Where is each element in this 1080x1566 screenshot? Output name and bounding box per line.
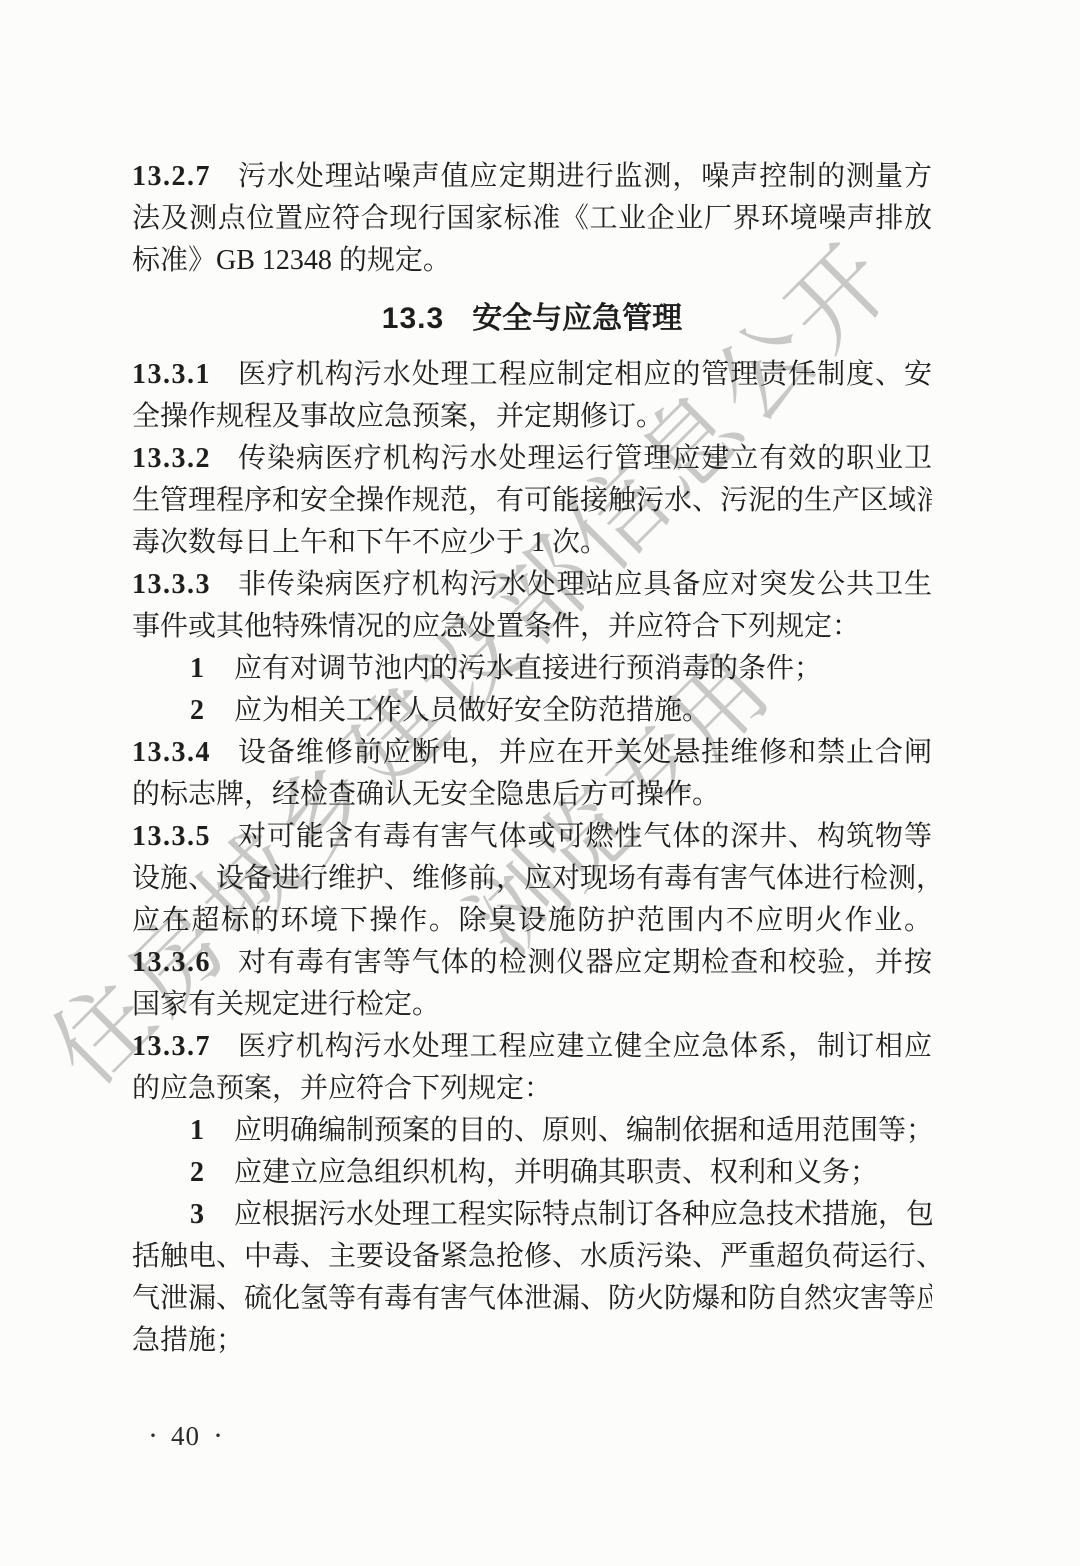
body-text: 应在超标的环境下操作。除臭设施防护范围内不应明火作业。	[132, 905, 932, 936]
clause-line: 13.3.4设备维修前应断电，并应在开关处悬挂维修和禁止合闸	[132, 732, 932, 774]
clause-line: 13.3.7医疗机构污水处理工程应建立健全应急体系，制订相应	[132, 1026, 932, 1068]
clause-number: 13.3.6	[132, 947, 211, 978]
body-text: 急措施；	[132, 1325, 244, 1356]
page-number-value: 40	[171, 1421, 200, 1451]
section-heading: 13.3安全与应急管理	[132, 296, 932, 342]
body-text: 事件或其他特殊情况的应急处置条件，并应符合下列规定：	[132, 611, 860, 642]
body-text: 生管理程序和安全操作规范，有可能接触污水、污泥的生产区域消	[132, 485, 932, 516]
continuation-line: 标准》GB 12348 的规定。	[132, 240, 932, 282]
continuation-line: 国家有关规定进行检定。	[132, 984, 932, 1026]
clause-number: 13.2.7	[132, 161, 211, 192]
continuation-line: 急措施；	[132, 1320, 932, 1362]
list-item-line: 1应明确编制预案的目的、原则、编制依据和适用范围等；	[132, 1110, 932, 1152]
item-text: 应明确编制预案的目的、原则、编制依据和适用范围等；	[234, 1115, 932, 1146]
body-text: 标准》GB 12348 的规定。	[132, 245, 451, 276]
continuation-line: 的应急预案，并应符合下列规定：	[132, 1068, 932, 1110]
item-number: 2	[190, 1157, 204, 1188]
continuation-line: 毒次数每日上午和下午不应少于 1 次。	[132, 522, 932, 564]
body-text: 国家有关规定进行检定。	[132, 989, 440, 1020]
clause-line: 13.2.7污水处理站噪声值应定期进行监测，噪声控制的测量方	[132, 156, 932, 198]
continuation-line: 的标志牌，经检查确认无安全隐患后方可操作。	[132, 774, 932, 816]
clause-line: 13.3.3非传染病医疗机构污水处理站应具备应对突发公共卫生	[132, 564, 932, 606]
item-text: 应有对调节池内的污水直接进行预消毒的条件；	[234, 653, 822, 684]
page-number-right-dot: ·	[213, 1419, 223, 1452]
item-text: 应为相关工作人员做好安全防范措施。	[234, 695, 710, 726]
clause-text: 对可能含有毒有害气体或可燃性气体的深井、构筑物等	[237, 821, 932, 852]
body-text: 法及测点位置应符合现行国家标准《工业企业厂界环境噪声排放	[132, 203, 932, 234]
section-title: 安全与应急管理	[472, 302, 682, 335]
clause-number: 13.3.4	[132, 737, 211, 768]
continuation-line: 括触电、中毒、主要设备紧急抢修、水质污染、严重超负荷运行、氯	[132, 1236, 932, 1278]
body-text: 括触电、中毒、主要设备紧急抢修、水质污染、严重超负荷运行、氯	[132, 1241, 932, 1272]
clause-text: 污水处理站噪声值应定期进行监测，噪声控制的测量方	[237, 161, 932, 192]
page-number-left-dot: ·	[148, 1419, 158, 1452]
clause-text: 非传染病医疗机构污水处理站应具备应对突发公共卫生	[237, 569, 932, 600]
document-page: 住房城乡建设部信息公开 浏览专用 13.2.7污水处理站噪声值应定期进行监测，噪…	[0, 0, 1080, 1566]
clause-line: 13.3.2传染病医疗机构污水处理运行管理应建立有效的职业卫	[132, 438, 932, 480]
item-number: 1	[190, 653, 204, 684]
clause-text: 医疗机构污水处理工程应制定相应的管理责任制度、安	[237, 359, 932, 390]
item-number: 1	[190, 1115, 204, 1146]
clause-number: 13.3.3	[132, 569, 211, 600]
list-item-line: 2应建立应急组织机构，并明确其职责、权利和义务；	[132, 1152, 932, 1194]
body-text: 的应急预案，并应符合下列规定：	[132, 1073, 552, 1104]
clause-text: 医疗机构污水处理工程应建立健全应急体系，制订相应	[237, 1031, 932, 1062]
clause-line: 13.3.5对可能含有毒有害气体或可燃性气体的深井、构筑物等	[132, 816, 932, 858]
list-item-line: 1应有对调节池内的污水直接进行预消毒的条件；	[132, 648, 932, 690]
clause-line: 13.3.6对有毒有害等气体的检测仪器应定期检查和校验，并按	[132, 942, 932, 984]
clause-number: 13.3.2	[132, 443, 211, 474]
item-text: 应建立应急组织机构，并明确其职责、权利和义务；	[234, 1157, 878, 1188]
body-text: 全操作规程及事故应急预案，并定期修订。	[132, 401, 664, 432]
clause-text: 对有毒有害等气体的检测仪器应定期检查和校验，并按	[237, 947, 932, 978]
clause-text: 传染病医疗机构污水处理运行管理应建立有效的职业卫	[237, 443, 932, 474]
continuation-line: 法及测点位置应符合现行国家标准《工业企业厂界环境噪声排放	[132, 198, 932, 240]
body-text: 设施、设备进行维护、维修前，应对现场有毒有害气体进行检测，不	[132, 863, 932, 894]
continuation-line: 全操作规程及事故应急预案，并定期修订。	[132, 396, 932, 438]
page-number: ·40·	[148, 1419, 223, 1453]
body-text: 的标志牌，经检查确认无安全隐患后方可操作。	[132, 779, 720, 810]
continuation-line: 设施、设备进行维护、维修前，应对现场有毒有害气体进行检测，不	[132, 858, 932, 900]
section-number: 13.3	[382, 302, 444, 335]
clause-number: 13.3.5	[132, 821, 211, 852]
list-item-line: 3应根据污水处理工程实际特点制订各种应急技术措施，包	[132, 1194, 932, 1236]
clause-line: 13.3.1医疗机构污水处理工程应制定相应的管理责任制度、安	[132, 354, 932, 396]
list-item-line: 2应为相关工作人员做好安全防范措施。	[132, 690, 932, 732]
item-text: 应根据污水处理工程实际特点制订各种应急技术措施，包	[234, 1199, 932, 1230]
continuation-line: 气泄漏、硫化氢等有毒有害气体泄漏、防火防爆和防自然灾害等应	[132, 1278, 932, 1320]
continuation-line: 生管理程序和安全操作规范，有可能接触污水、污泥的生产区域消	[132, 480, 932, 522]
clause-number: 13.3.7	[132, 1031, 211, 1062]
body-text: 毒次数每日上午和下午不应少于 1 次。	[132, 527, 608, 558]
continuation-line: 应在超标的环境下操作。除臭设施防护范围内不应明火作业。	[132, 900, 932, 942]
clause-number: 13.3.1	[132, 359, 211, 390]
body-text: 气泄漏、硫化氢等有毒有害气体泄漏、防火防爆和防自然灾害等应	[132, 1283, 932, 1314]
clause-text: 设备维修前应断电，并应在开关处悬挂维修和禁止合闸	[237, 737, 932, 768]
page-content: 13.2.7污水处理站噪声值应定期进行监测，噪声控制的测量方 法及测点位置应符合…	[132, 156, 932, 1362]
item-number: 3	[190, 1199, 204, 1230]
continuation-line: 事件或其他特殊情况的应急处置条件，并应符合下列规定：	[132, 606, 932, 648]
item-number: 2	[190, 695, 204, 726]
